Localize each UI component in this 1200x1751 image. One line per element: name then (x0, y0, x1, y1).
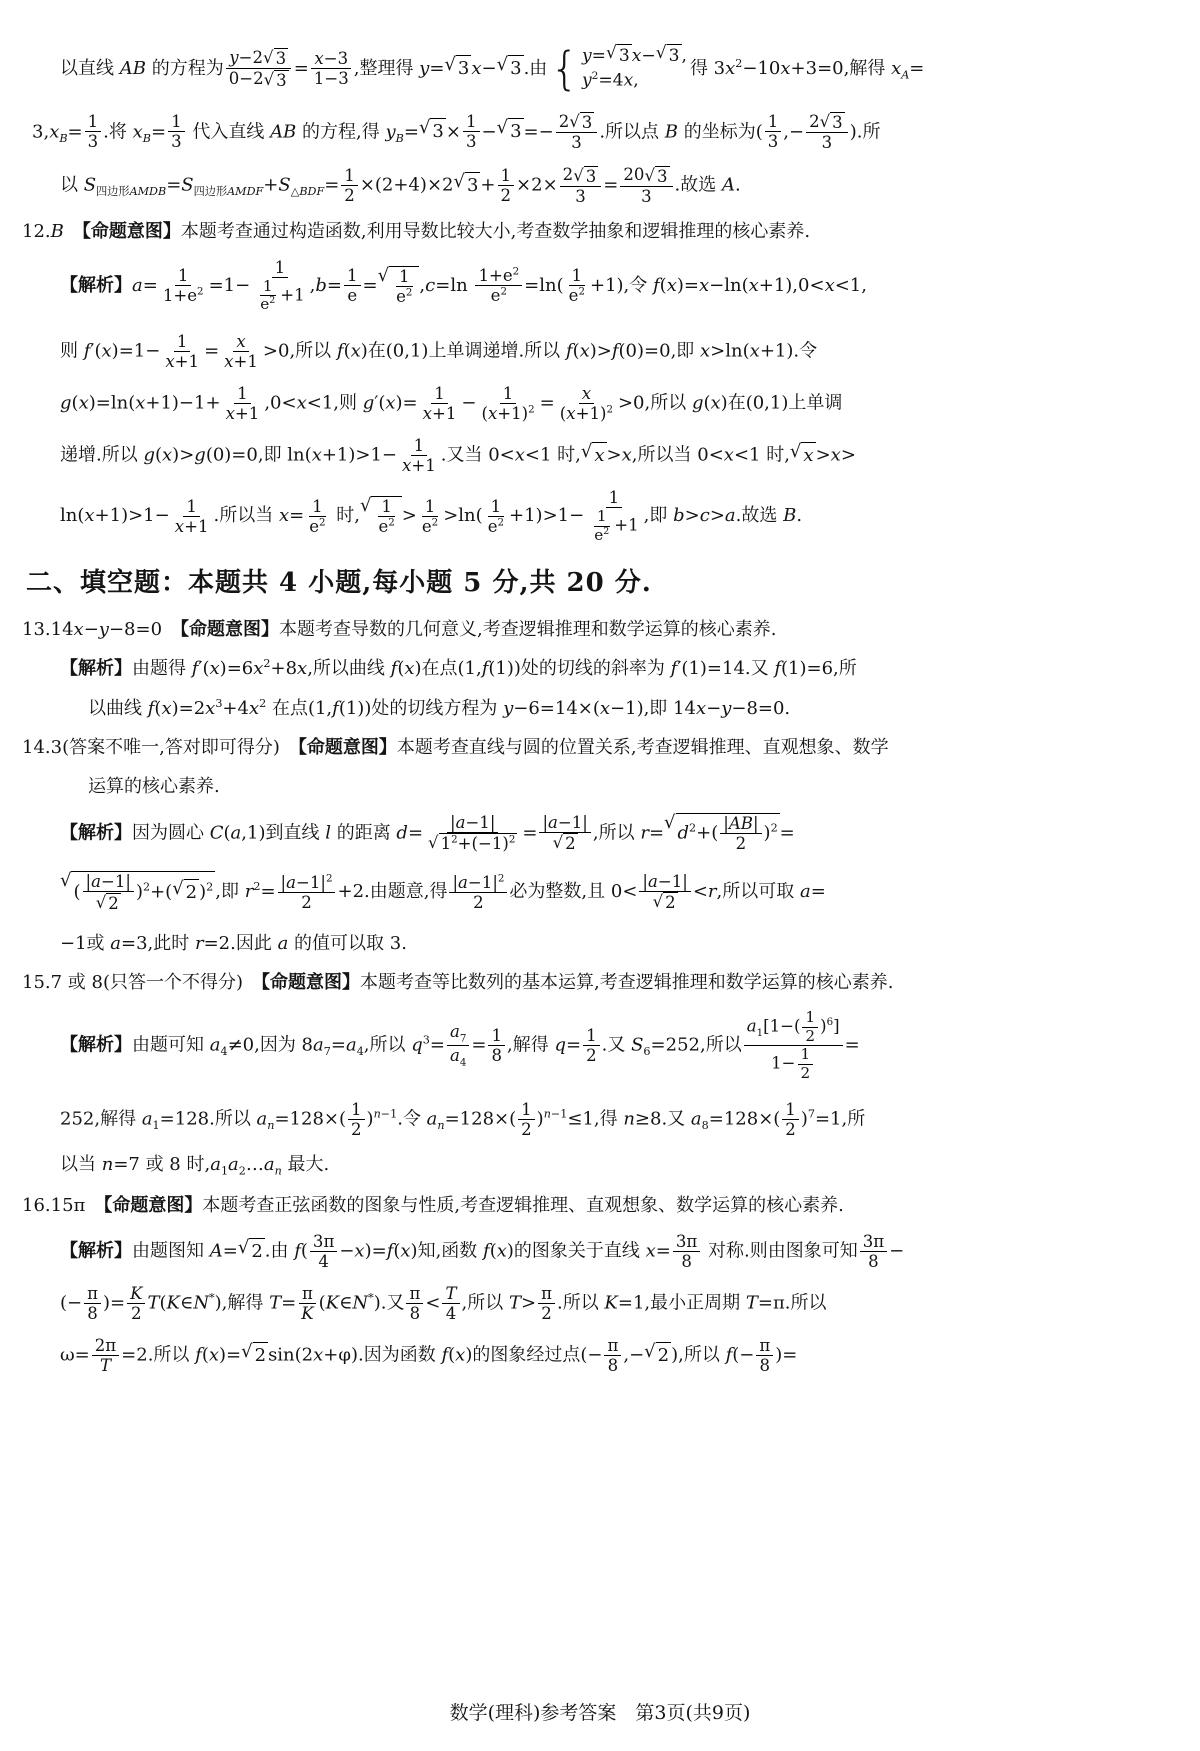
q13-answer-heading: 13.14x−y−8=0 【命题意图】本题考查导数的几何意义,考查逻辑推理和数学… (22, 617, 1180, 643)
q12-analysis-line-5: ln(x+1)>1−1x+1.所以当 x=1e2 时,√1e2>1e2>ln(1… (60, 488, 1180, 544)
q16-answer-heading: 16.15π 【命题意图】本题考查正弦函数的图象与性质,考查逻辑推理、直观想象、… (22, 1193, 1180, 1219)
q11-solution-line-2: 3,xB=13.将 xB=13 代入直线 AB 的方程,得 yB=√3×13−√… (32, 112, 1180, 153)
q14-analysis-line-1: 【解析】因为圆心 C(a,1)到直线 l 的距离 d=|a−1|√12+(−1)… (60, 813, 1180, 854)
q12-analysis-line-2: 则 f′(x)=1−1x+1=xx+1>0,所以 f(x)在(0,1)上单调递增… (60, 332, 1180, 371)
q12-analysis-line-3: g(x)=ln(x+1)−1+1x+1,0<x<1,则 g′(x)=1x+1−1… (60, 384, 1180, 423)
q12-answer-heading: 12.B 【命题意图】本题考查通过构造函数,利用导数比较大小,考查数学抽象和逻辑… (22, 219, 1180, 245)
q11-solution-line-1: 以直线 AB 的方程为y−2√30−2√3=x−31−3,整理得 y=√3x−√… (60, 44, 1180, 94)
q11-solution-line-3: 以 S四边形AMDB=S四边形AMDF+S△BDF=12×(2+4)×2√3+1… (60, 165, 1180, 206)
q15-analysis-line-3: 以当 n=7 或 8 时,a1a2…an 最大. (60, 1152, 1180, 1180)
q16-analysis-line-3: ω=2πT=2.所以 f(x)=√2sin(2x+φ).因为函数 f(x)的图象… (60, 1336, 1180, 1375)
q13-analysis-line-2: 以曲线 f(x)=2x3+4x2 在点(1,f(1))处的切线方程为 y−6=1… (88, 696, 1180, 722)
page-footer: 数学(理科)参考答案 第3页(共9页) (0, 1698, 1200, 1725)
answer-sheet-page: { "doc": { "q11": { "lines": [ "以直线 AB 的… (0, 0, 1200, 1751)
q12-analysis-line-4: 递增.所以 g(x)>g(0)=0,即 ln(x+1)>1−1x+1.又当 0<… (60, 436, 1180, 475)
q15-analysis-line-2: 252,解得 a1=128.所以 an=128×(12)n−1.令 an=128… (60, 1100, 1180, 1139)
q12-analysis-line-1: 【解析】a=11+e2=1−11e2+1,b=1e=√1e2,c=ln 1+e2… (60, 258, 1180, 314)
q16-analysis-line-1: 【解析】由题图知 A=√2.由 f(3π4−x)=f(x)知,函数 f(x)的图… (60, 1232, 1180, 1271)
q14-answer-heading: 14.3(答案不唯一,答对即可得分) 【命题意图】本题考查直线与圆的位置关系,考… (22, 735, 1180, 761)
q13-analysis-line-1: 【解析】由题得 f′(x)=6x2+8x,所以曲线 f(x)在点(1,f(1))… (60, 656, 1180, 682)
q15-analysis-line-1: 【解析】由题可知 a4≠0,因为 8a7=a4,所以 q3=a7a4=18,解得… (60, 1009, 1180, 1082)
q16-analysis-line-2: (−π8)=K2T(K∈N*),解得 T=πK(K∈N*).又π8<T4,所以 … (60, 1284, 1180, 1323)
q14-analysis-line-3: −1或 a=3,此时 r=2.因此 a 的值可以取 3. (60, 931, 1180, 957)
q14-heading-wrap: 运算的核心素养. (88, 774, 1180, 800)
q15-answer-heading: 15.7 或 8(只答一个不得分) 【命题意图】本题考查等比数列的基本运算,考查… (22, 970, 1180, 996)
q14-analysis-line-2: √(|a−1|√2)2+(√2)2,即 r2=|a−1|22+2.由题意,得|a… (60, 871, 1180, 913)
section-2-heading: 二、填空题：本题共 4 小题,每小题 5 分,共 20 分. (26, 562, 1180, 599)
